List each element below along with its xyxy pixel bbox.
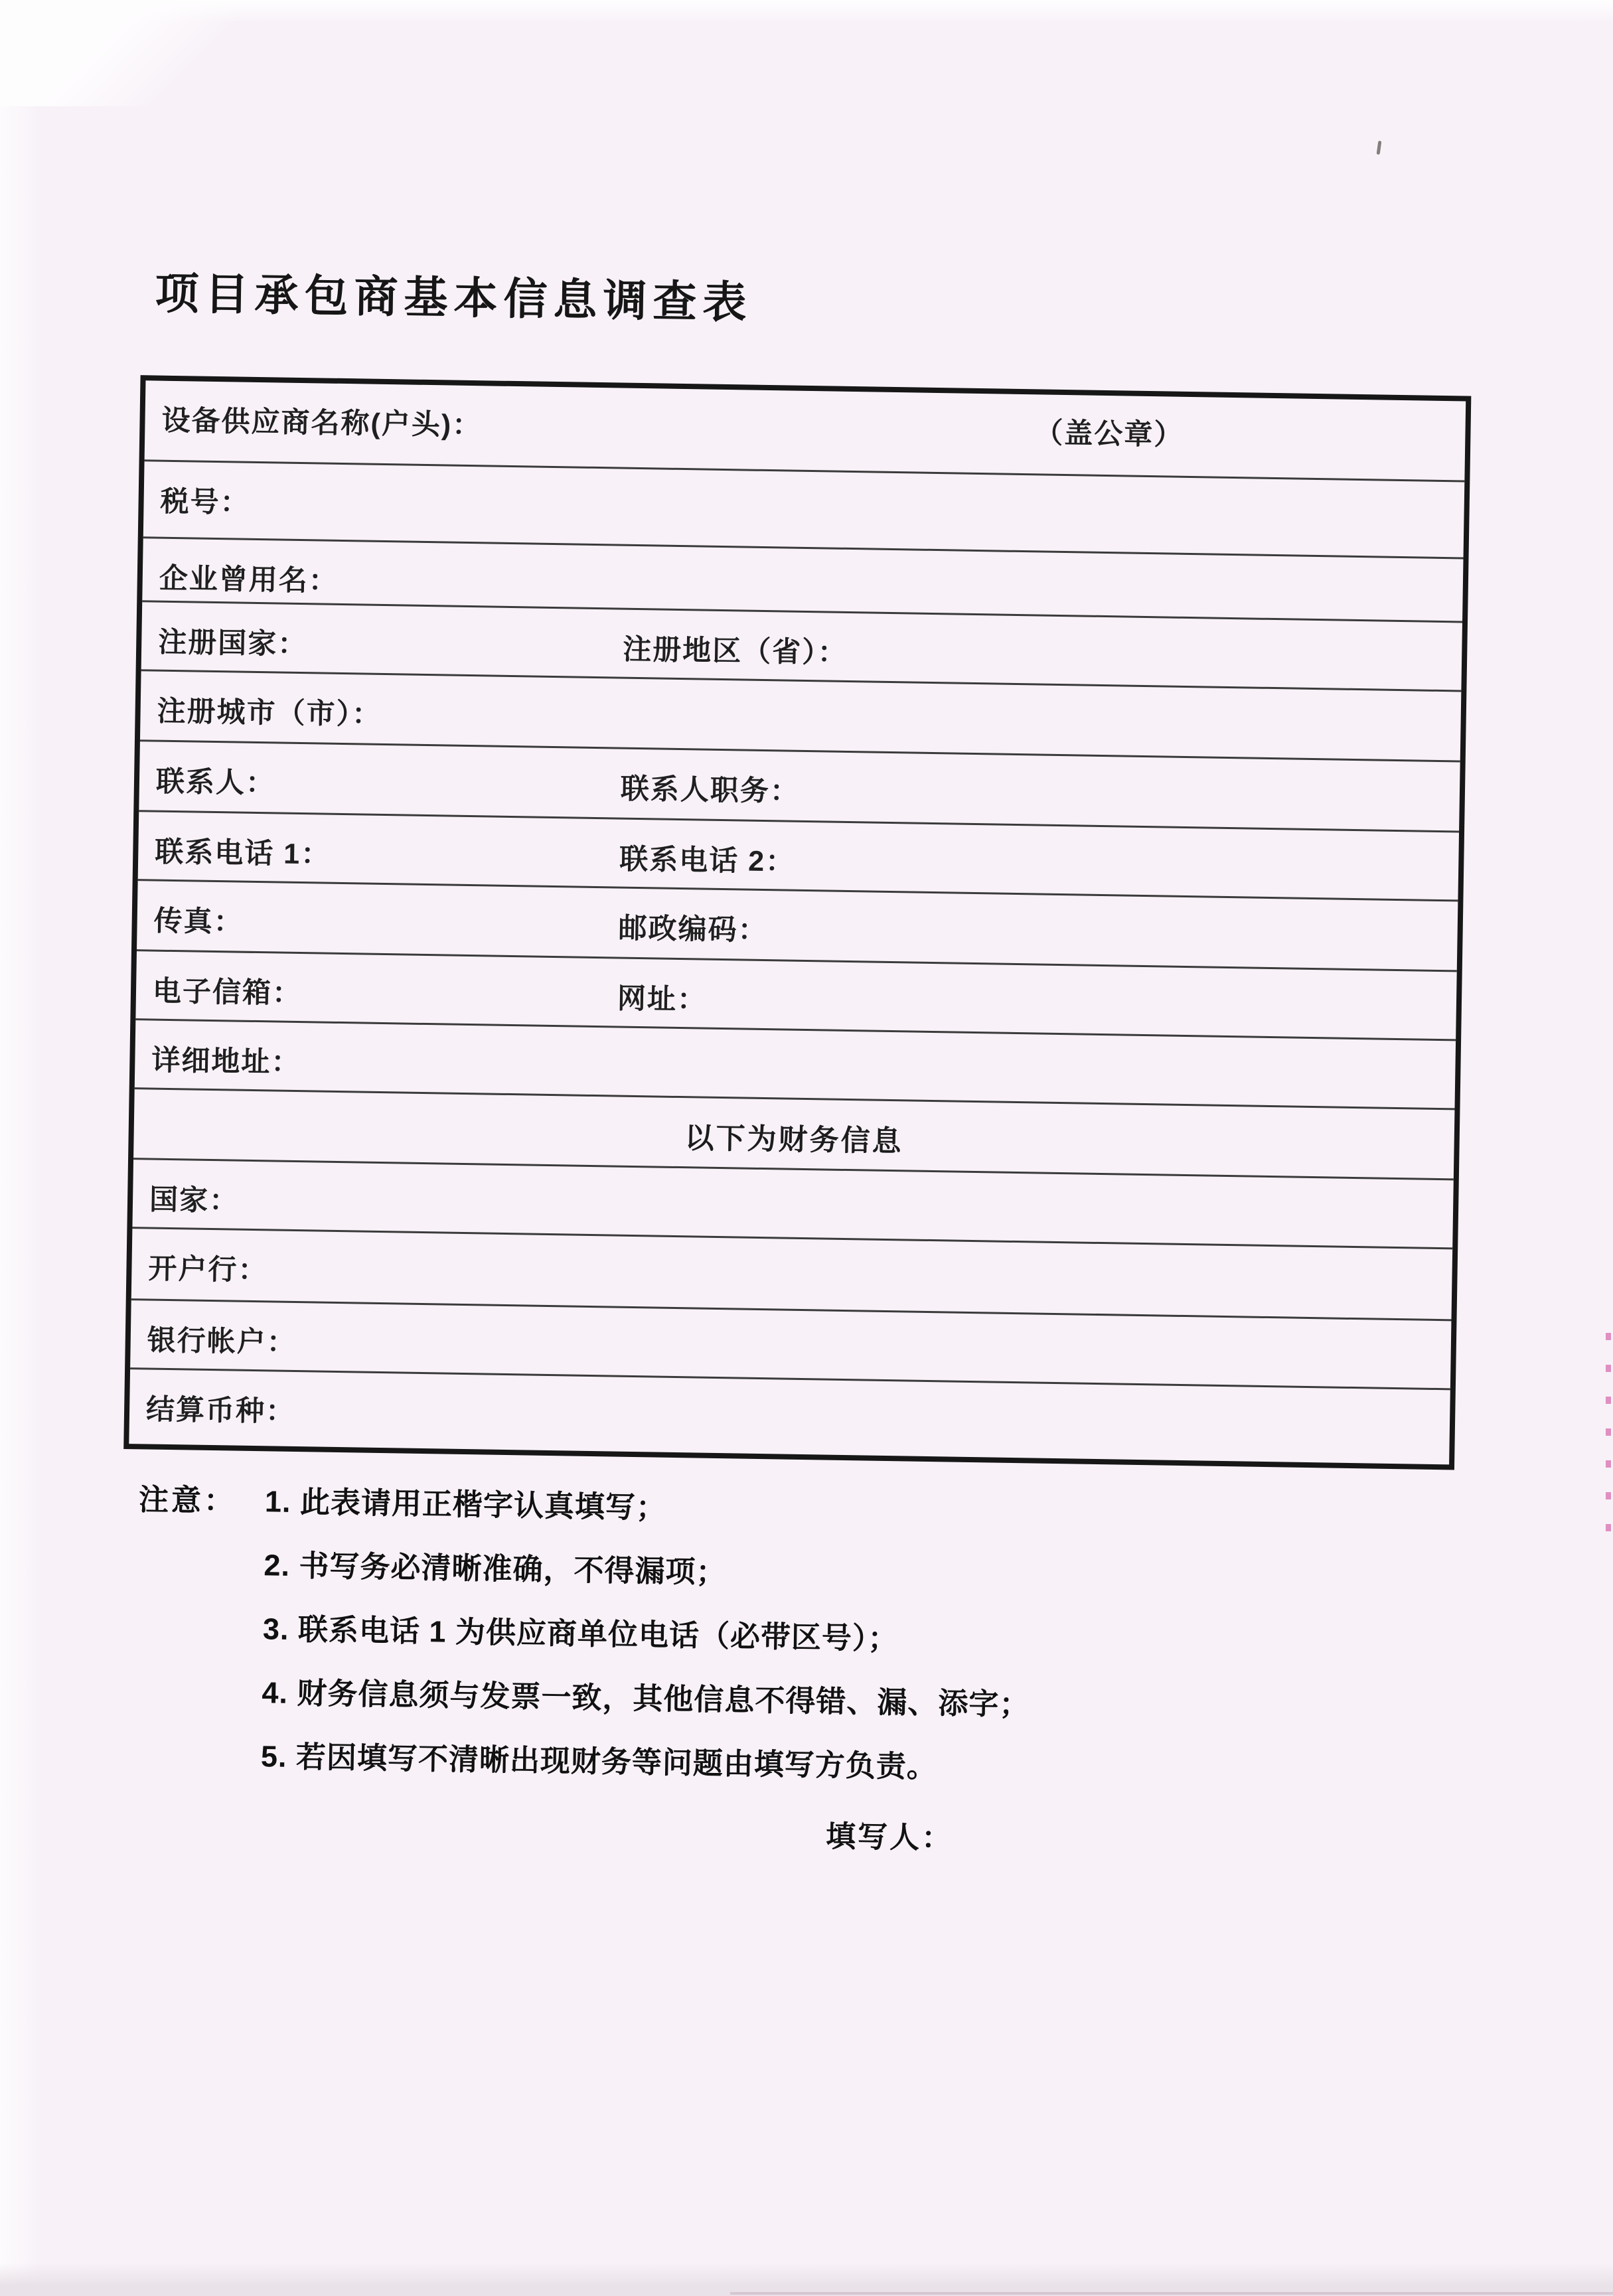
financial-section-header: 以下为财务信息 [133, 1105, 1454, 1168]
note-item-1: 1. 此表请用正楷字认真填写； [265, 1477, 667, 1526]
contact-person-label: 联系人： [156, 759, 276, 802]
supplier-name-label: 设备供应商名称(户头)： [161, 398, 483, 444]
registration-city-label: 注册城市（市）： [157, 689, 382, 733]
contact-title-label: 联系人职务： [620, 767, 800, 810]
note-item-3: 3. 联系电话 1 为供应商单位电话（必带区号）； [263, 1604, 899, 1657]
scan-pink-streak-artifact [1606, 1333, 1611, 1532]
phone1-label: 联系电话 1： [155, 830, 331, 873]
scan-stray-mark [1377, 141, 1382, 155]
note-item-5: 5. 若因填写不清晰出现财务等问题由填写方负责。 [261, 1732, 938, 1786]
registration-country-label: 注册国家： [158, 620, 308, 663]
page-title: 项目承包商基本信息调查表 [155, 258, 753, 330]
scan-bottom-edge-artifact [0, 2263, 1613, 2296]
bank-country-label: 国家： [149, 1178, 240, 1219]
settlement-currency-label: 结算币种： [146, 1387, 296, 1430]
scan-left-edge-artifact [0, 0, 40, 2296]
postcode-label: 邮政编码： [618, 906, 768, 949]
contractor-info-table: 设备供应商名称(户头)： （盖公章） 税号： 企业曾用名： 注册国家： 注册地区… [123, 375, 1471, 1470]
document-content: 项目承包商基本信息调查表 设备供应商名称(户头)： （盖公章） 税号： 企业曾用… [107, 358, 1568, 2107]
website-label: 网址： [617, 976, 708, 1018]
scan-corner-artifact [0, 0, 312, 106]
notes-section: 注意： 1. 此表请用正楷字认真填写； 2. 书写务必清晰准确，不得漏项； 3.… [139, 1475, 1467, 1495]
phone2-label: 联系电话 2： [619, 837, 796, 880]
fax-label: 传真： [153, 899, 244, 941]
registration-province-label: 注册地区（省）： [623, 627, 848, 671]
scan-bottom-line-artifact [730, 2292, 1613, 2295]
detailed-address-label: 详细地址： [151, 1038, 301, 1081]
bank-name-label: 开户行： [148, 1247, 268, 1289]
official-seal-note: （盖公章） [1034, 410, 1184, 453]
former-company-name-label: 企业曾用名： [159, 556, 339, 599]
tax-id-label: 税号： [160, 479, 250, 521]
email-label: 电子信箱： [153, 969, 303, 1012]
filled-by-label: 填写人： [826, 1812, 954, 1857]
bank-account-label: 银行帐户： [147, 1318, 297, 1361]
note-item-2: 2. 书写务必清晰准确，不得漏项； [264, 1541, 727, 1591]
notes-heading: 注意： [139, 1475, 237, 1519]
scanned-form-page: 项目承包商基本信息调查表 设备供应商名称(户头)： （盖公章） 税号： 企业曾用… [0, 0, 1613, 2296]
note-item-4: 4. 财务信息须与发票一致，其他信息不得错、漏、添字； [262, 1668, 1030, 1723]
